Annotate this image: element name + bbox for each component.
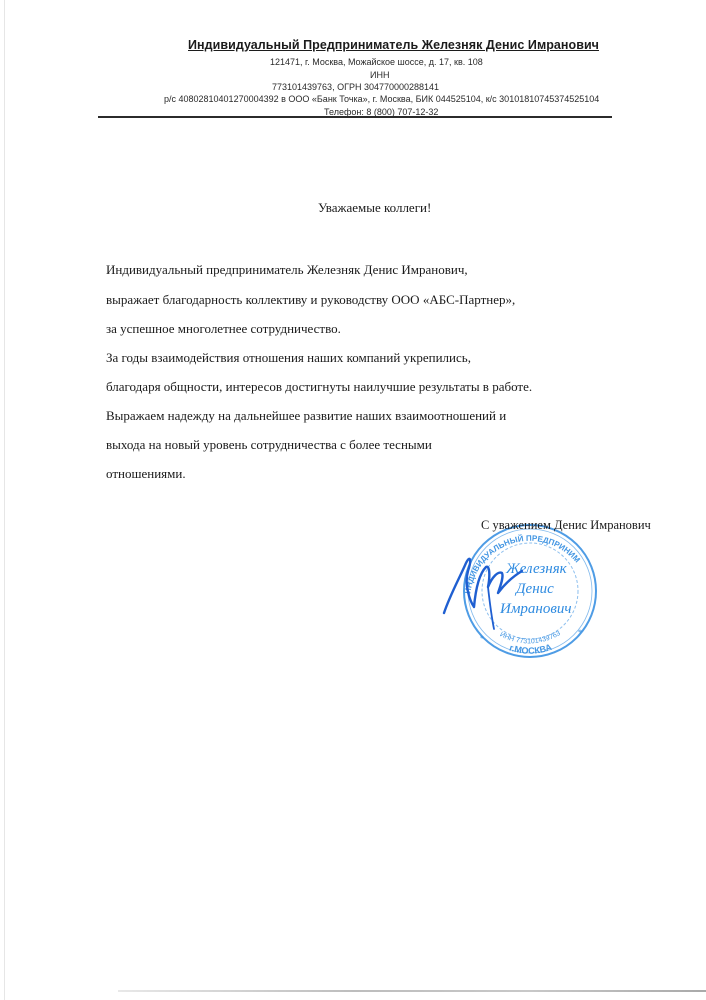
letterhead-inn-label: ИНН: [370, 70, 389, 80]
letter-line: выражает благодарность коллективу и руко…: [106, 292, 515, 308]
stamp-center-line-1: Железняк: [505, 561, 568, 577]
letter-line: Выражаем надежду на дальнейшее развитие …: [106, 408, 506, 424]
scan-bottom-edge: [118, 990, 706, 992]
letter-line: благодаря общности, интересов достигнуты…: [106, 379, 532, 395]
letterhead-address: 121471, г. Москва, Можайское шоссе, д. 1…: [270, 57, 483, 67]
letterhead-divider: [98, 116, 612, 118]
letter-line: за успешное многолетнее сотрудничество.: [106, 321, 341, 337]
letter-line: отношениями.: [106, 466, 186, 482]
scan-left-edge: [4, 0, 5, 1000]
stamp-ring-inn: ИНН 773101439763: [499, 630, 562, 645]
letter-page: Индивидуальный Предприниматель Железняк …: [0, 0, 706, 1000]
letter-signoff: С уважением Денис Имранович: [481, 518, 651, 533]
letter-line: За годы взаимодействия отношения наших к…: [106, 350, 471, 366]
company-stamp: ИНДИВИДУАЛЬНЫЙ ПРЕДПРИНИМАТЕЛЬ ИНН 77310…: [440, 515, 610, 665]
stamp-center-line-2: Денис: [514, 581, 554, 597]
svg-text:ИНН 773101439763: ИНН 773101439763: [499, 630, 562, 645]
letterhead-title: Индивидуальный Предприниматель Железняк …: [188, 38, 599, 52]
letter-line: выхода на новый уровень сотрудничества с…: [106, 437, 432, 453]
stamp-center-line-3: Имранович: [499, 601, 572, 617]
letterhead-inn-ogrn: 773101439763, ОГРН 304770000288141: [272, 82, 439, 92]
svg-text:*: *: [480, 634, 484, 643]
letter-line: Индивидуальный предприниматель Железняк …: [106, 262, 468, 278]
letter-greeting: Уважаемые коллеги!: [318, 200, 431, 216]
svg-text:*: *: [578, 628, 582, 637]
letterhead-bank-details: р/с 40802810401270004392 в ООО «Банк Точ…: [164, 94, 599, 104]
